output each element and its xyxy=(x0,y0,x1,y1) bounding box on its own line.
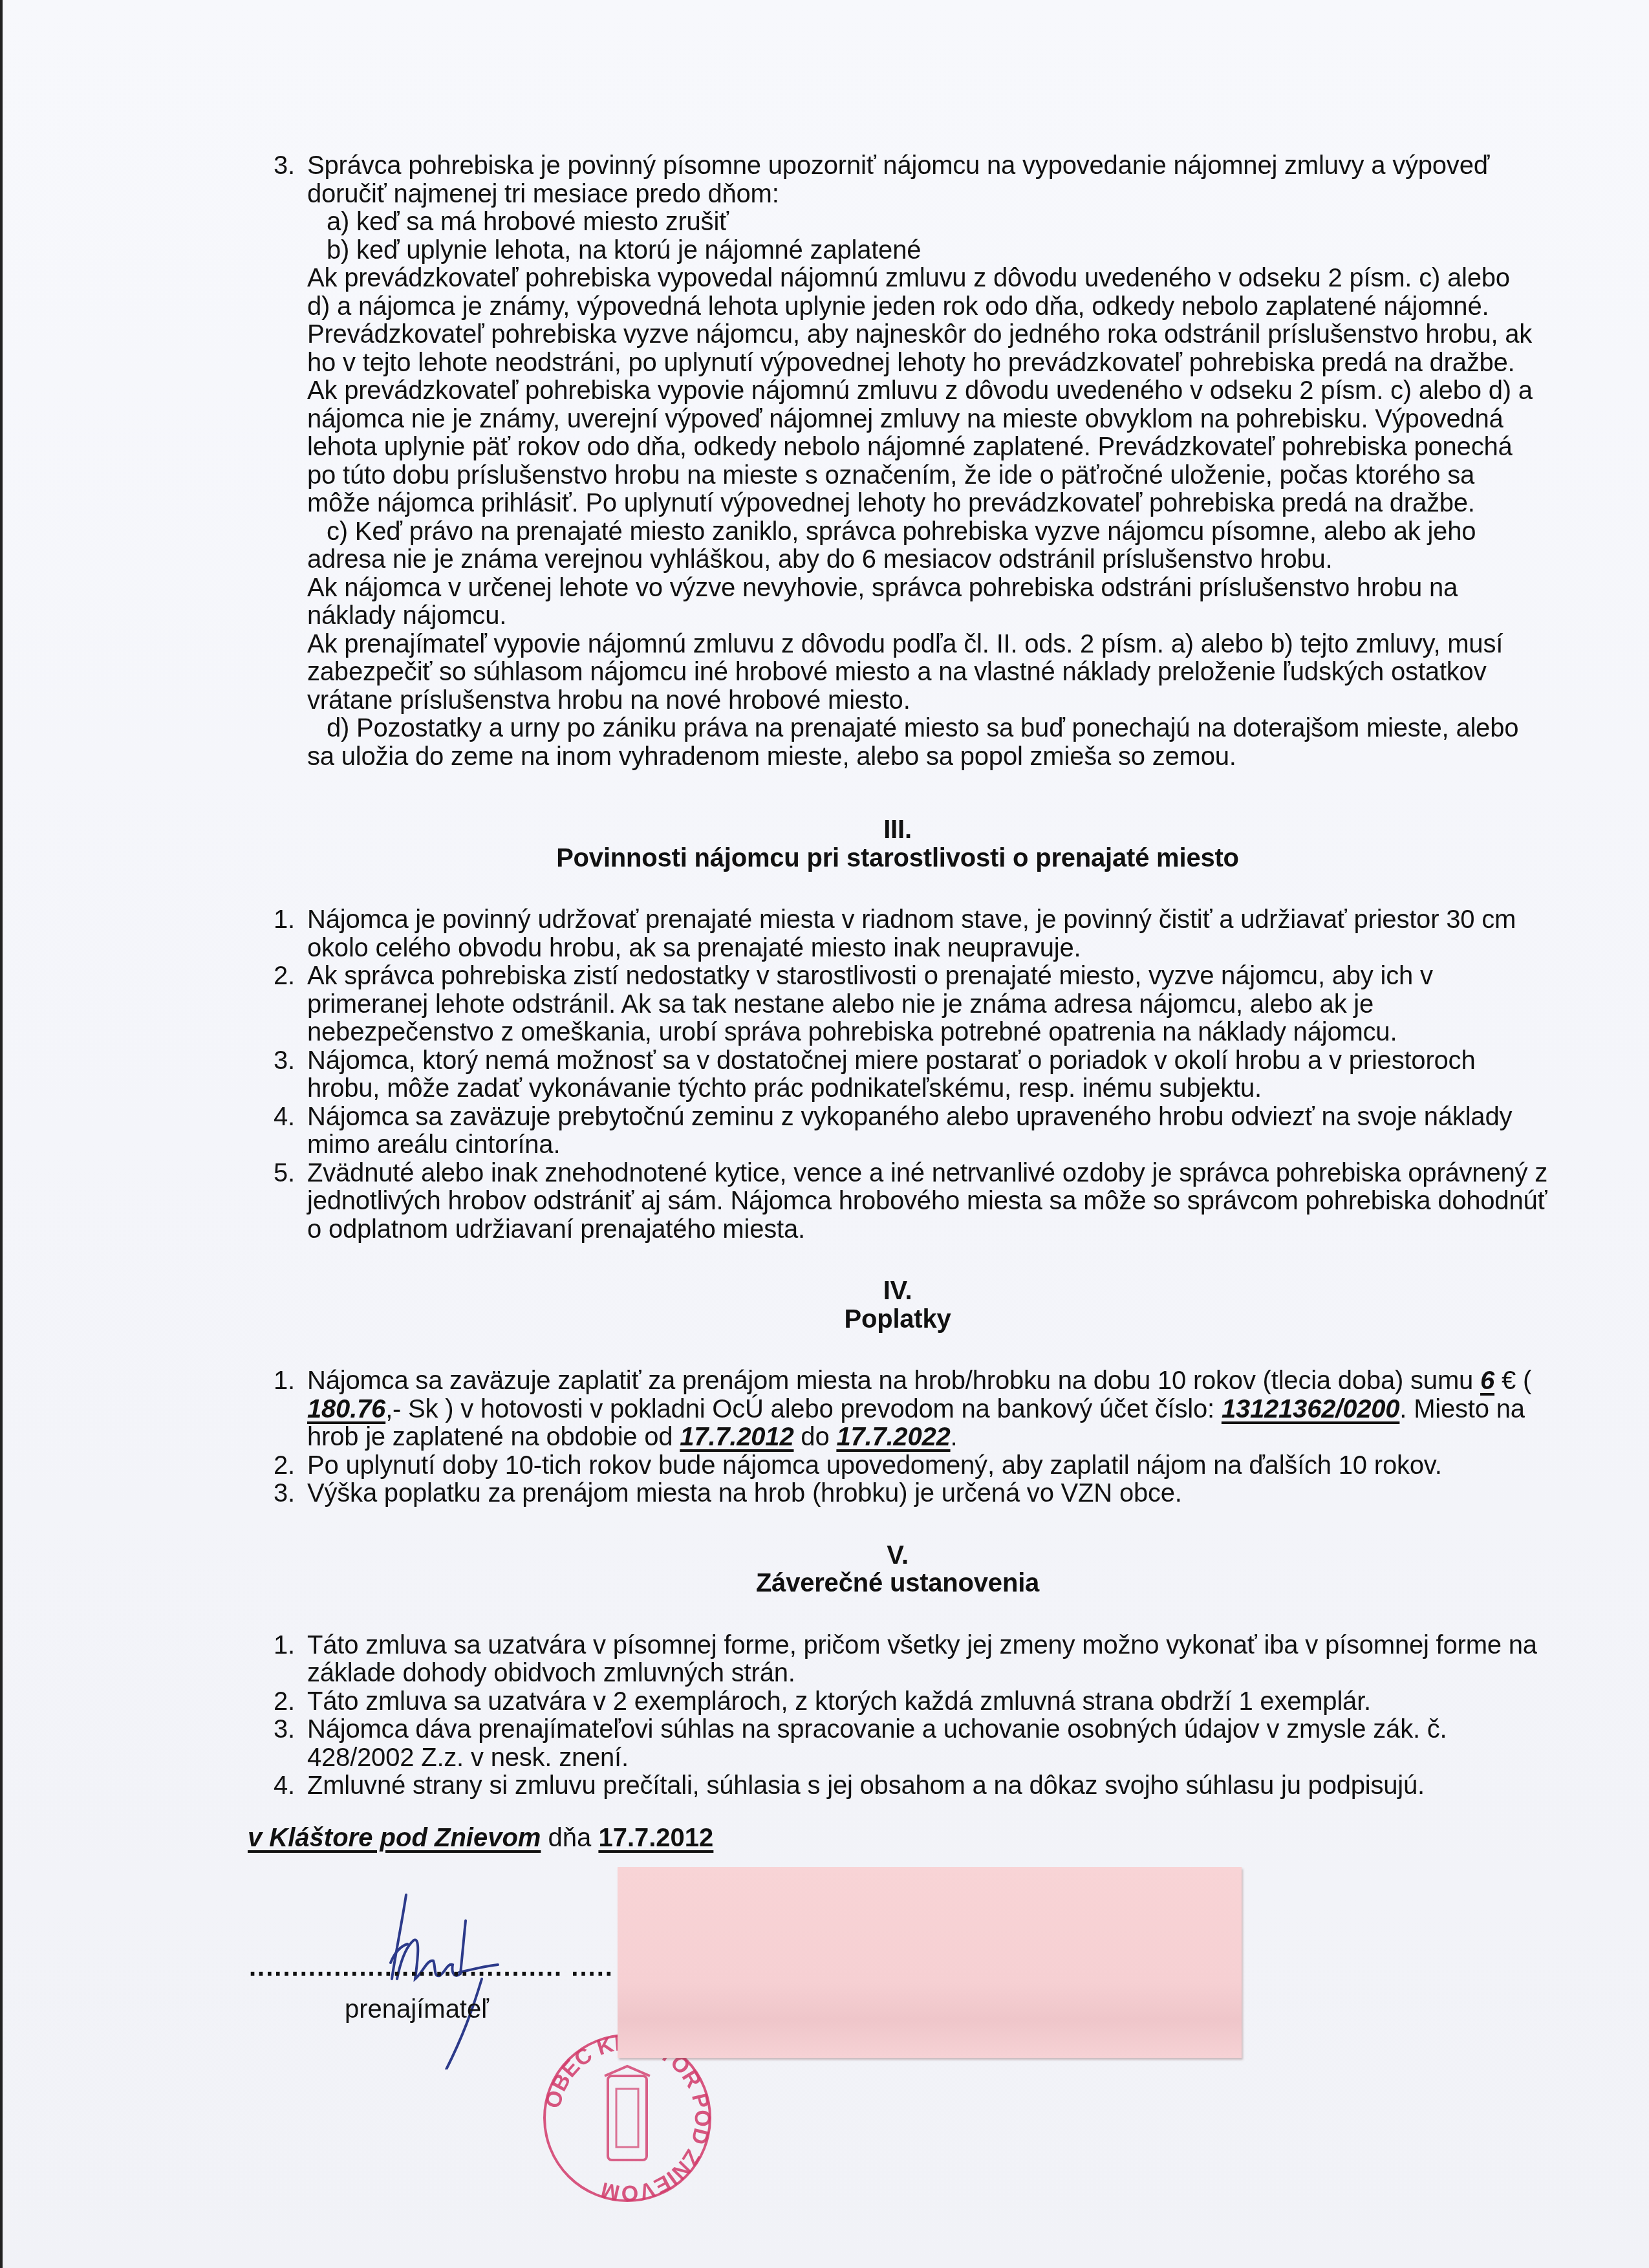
section5-list: 1.Táto zmluva sa uzatvára v písomnej for… xyxy=(274,1632,1567,1800)
item-text: Táto zmluva sa uzatvára v písomnej forme… xyxy=(307,1632,1541,1688)
item-number: 2. xyxy=(274,1452,307,1480)
signature-line: ..................................... ..… xyxy=(249,1953,614,1982)
section-numeral: III. xyxy=(274,816,1522,845)
list-item: 3.Nájomca dáva prenajímateľovi súhlas na… xyxy=(274,1716,1489,1772)
item-number: 3. xyxy=(274,152,307,180)
section-numeral: V. xyxy=(274,1542,1522,1570)
redaction-sticky-note xyxy=(618,1867,1242,2058)
list-item: 4.Zmluvné strany si zmluvu prečítali, sú… xyxy=(274,1772,1567,1800)
item-text: Zmluvné strany si zmluvu prečítali, súhl… xyxy=(307,1772,1425,1800)
sub-item-b: b) keď uplynie lehota, na ktorú je nájom… xyxy=(274,237,1567,265)
section-title: Poplatky xyxy=(274,1306,1522,1334)
item-number: 5. xyxy=(274,1160,307,1244)
bank-account: 13121362/0200 xyxy=(1222,1395,1399,1423)
paragraph: Ak prevádzkovateľ pohrebiska vypovedal n… xyxy=(274,265,1536,377)
item-text: Nájomca sa zaväzuje zaplatiť za prenájom… xyxy=(307,1367,1560,1452)
place-date-line: v Kláštore pod Znievom dňa 17.7.2012 xyxy=(248,1824,713,1853)
item-number: 3. xyxy=(274,1047,307,1103)
list-item: 3.Výška poplatku za prenájom miesta na h… xyxy=(274,1480,1567,1508)
sub-item-c: c) Keď právo na prenajaté miesto zaniklo… xyxy=(274,518,1529,574)
item-number: 1. xyxy=(274,906,307,962)
section-title: Povinnosti nájomcu pri starostlivosti o … xyxy=(274,845,1522,873)
list-item: 1. Nájomca sa zaväzuje zaplatiť za prená… xyxy=(274,1367,1560,1452)
section-title: Záverečné ustanovenia xyxy=(274,1570,1522,1598)
scanned-page: 3. Správca pohrebiska je povinný písomne… xyxy=(0,0,1649,2268)
text: € ( xyxy=(1494,1366,1531,1395)
section3-list: 1.Nájomca je povinný udržovať prenajaté … xyxy=(274,906,1567,1244)
item-text: Táto zmluva sa uzatvára v 2 exemplároch,… xyxy=(307,1688,1371,1716)
text: Nájomca sa zaväzuje zaplatiť za prenájom… xyxy=(307,1366,1480,1395)
list-item: 2.Táto zmluva sa uzatvára v 2 exemplároc… xyxy=(274,1688,1567,1716)
paragraph: Ak prevádzkovateľ pohrebiska vypovie náj… xyxy=(274,377,1536,518)
item-text: Nájomca je povinný udržovať prenajaté mi… xyxy=(307,906,1522,962)
item-number: 1. xyxy=(274,1367,307,1452)
item-number: 3. xyxy=(274,1480,307,1508)
list-item: 3.Nájomca, ktorý nemá možnosť sa v dosta… xyxy=(274,1047,1522,1103)
item-number: 1. xyxy=(274,1632,307,1688)
text: ,- Sk ) v hotovosti v pokladni OcÚ alebo… xyxy=(385,1395,1222,1423)
paragraph: Ak nájomca v určenej lehote vo výzve nev… xyxy=(274,574,1542,631)
day-word: dňa xyxy=(541,1824,598,1852)
item-number: 2. xyxy=(274,1688,307,1716)
list-item: 4.Nájomca sa zaväzuje prebytočnú zeminu … xyxy=(274,1103,1541,1160)
amount-sk: 180.76 xyxy=(307,1395,385,1423)
list-item: 3. Správca pohrebiska je povinný písomne… xyxy=(274,152,1567,180)
date-from: 17.7.2012 xyxy=(680,1423,793,1451)
item-text: Nájomca, ktorý nemá možnosť sa v dostato… xyxy=(307,1047,1522,1103)
item-text: doručiť najmenej tri mesiace predo dňom: xyxy=(274,180,1567,209)
sub-item-d: d) Pozostatky a urny po zániku práva na … xyxy=(274,715,1549,771)
sub-item-a: a) keď sa má hrobové miesto zrušiť xyxy=(274,208,1567,237)
list-item: 2.Ak správca pohrebiska zistí nedostatky… xyxy=(274,962,1502,1047)
list-item: 5.Zvädnuté alebo inak znehodnotené kytic… xyxy=(274,1160,1560,1244)
section4-list: 1. Nájomca sa zaväzuje zaplatiť za prená… xyxy=(274,1367,1567,1508)
text: do xyxy=(793,1423,836,1451)
document-body: 3. Správca pohrebiska je povinný písomne… xyxy=(274,152,1567,1800)
signatory-role: prenajímateľ xyxy=(345,1995,489,2024)
item-number: 4. xyxy=(274,1103,307,1160)
item-text: Nájomca dáva prenajímateľovi súhlas na s… xyxy=(307,1716,1489,1772)
place: v Kláštore pod Znievom xyxy=(248,1824,541,1852)
item-text: Nájomca sa zaväzuje prebytočnú zeminu z … xyxy=(307,1103,1541,1160)
sign-date: 17.7.2012 xyxy=(598,1824,713,1852)
item-text: Správca pohrebiska je povinný písomne up… xyxy=(307,152,1489,180)
section-numeral: IV. xyxy=(274,1277,1522,1306)
item-text: Zvädnuté alebo inak znehodnotené kytice,… xyxy=(307,1160,1560,1244)
text: . xyxy=(951,1423,958,1451)
item-text: Výška poplatku za prenájom miesta na hro… xyxy=(307,1480,1182,1508)
paragraph: Ak prenajímateľ vypovie nájomnú zmluvu z… xyxy=(274,631,1523,715)
item-number: 3. xyxy=(274,1716,307,1772)
date-to: 17.7.2022 xyxy=(836,1423,950,1451)
item-text: Ak správca pohrebiska zistí nedostatky v… xyxy=(307,962,1502,1047)
list-item: 1.Táto zmluva sa uzatvára v písomnej for… xyxy=(274,1632,1541,1688)
scan-edge xyxy=(0,0,3,2268)
item-number: 4. xyxy=(274,1772,307,1800)
amount-eur: 6 xyxy=(1480,1366,1494,1395)
list-item: 2.Po uplynutí doby 10-tich rokov bude ná… xyxy=(274,1452,1567,1480)
item-text: Po uplynutí doby 10-tich rokov bude nájo… xyxy=(307,1452,1442,1480)
item-number: 2. xyxy=(274,962,307,1047)
list-item: 1.Nájomca je povinný udržovať prenajaté … xyxy=(274,906,1522,962)
